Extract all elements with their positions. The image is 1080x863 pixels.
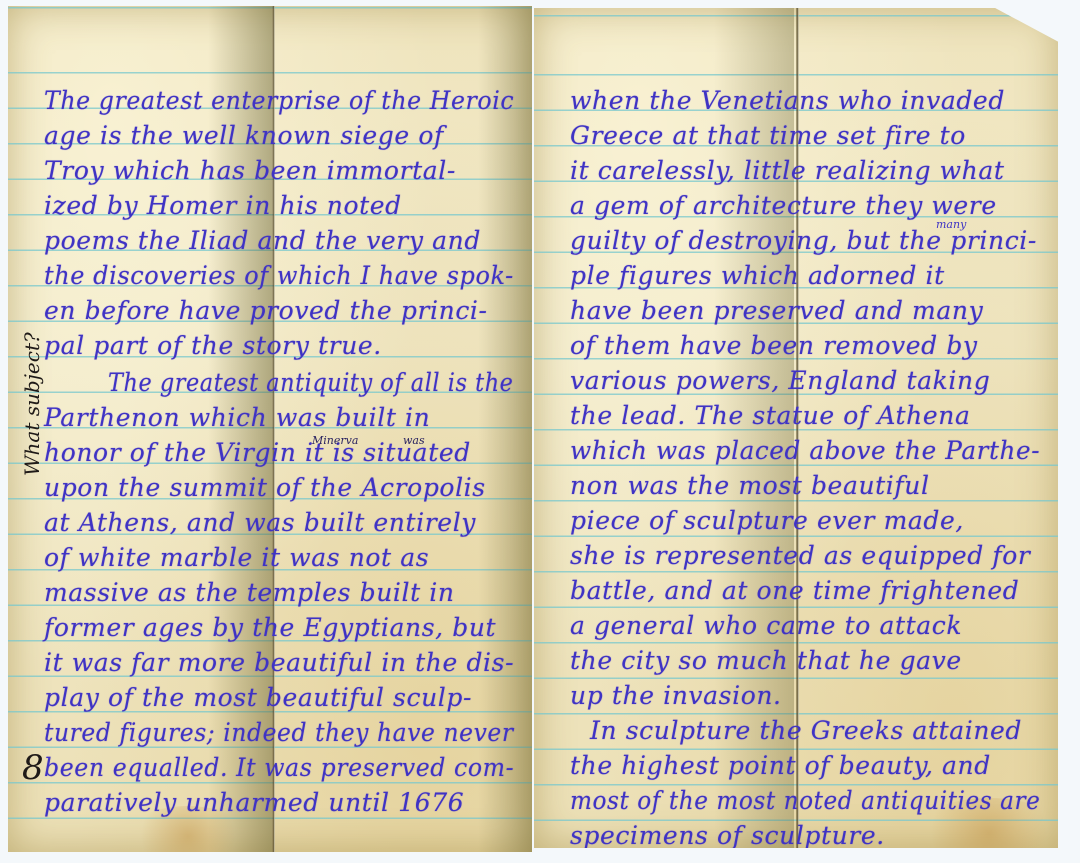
text-line: of white marble it was not as	[44, 543, 429, 572]
insertion-was: was	[403, 434, 425, 447]
text-line: The greatest enterprise of the Heroic	[44, 86, 514, 115]
text-line: guilty of destroying, but the princi-	[570, 226, 1037, 255]
text-line: a general who came to attack	[570, 611, 962, 640]
text-line: tured figures; indeed they have never	[44, 718, 514, 747]
text-line: a gem of architecture they were	[570, 191, 997, 220]
text-line: which was placed above the Parthe-	[570, 436, 1040, 465]
text-line: ple figures which adorned it	[570, 261, 945, 290]
text-line: In sculpture the Greeks attained	[590, 716, 1022, 745]
left-sheet: The greatest enterprise of the Heroic ag…	[8, 6, 532, 852]
text-line: it was far more beautiful in the dis-	[44, 648, 514, 677]
text-line: non was the most beautiful	[570, 471, 930, 500]
text-line: the discoveries of which I have spok-	[44, 261, 514, 290]
text-line: when the Venetians who invaded	[570, 86, 1005, 115]
text-line: various powers, England taking	[570, 366, 990, 395]
text-line: Parthenon which was built in	[44, 403, 430, 432]
text-line: at Athens, and was built entirely	[44, 508, 476, 537]
text-line: former ages by the Egyptians, but	[44, 613, 496, 642]
text-line: battle, and at one time frightened	[570, 576, 1019, 605]
text-line: specimens of sculpture.	[570, 821, 885, 848]
text-line: en before have proved the princi-	[44, 296, 488, 325]
left-page-text: The greatest enterprise of the Heroic ag…	[8, 6, 532, 852]
margin-note: What subject?	[20, 332, 44, 476]
text-line: ized by Homer in his noted	[44, 191, 402, 220]
text-line: Greece at that time set fire to	[570, 121, 966, 150]
insertion-minerva: Minerva	[312, 434, 358, 447]
text-line: age is the well known siege of	[44, 121, 444, 150]
text-line: pal part of the story true.	[44, 331, 382, 360]
page-number: 8	[22, 748, 44, 788]
text-line: have been preserved and many	[570, 296, 983, 325]
text-line: most of the most noted antiquities are	[570, 786, 1040, 815]
text-line: The greatest antiquity of all is the	[108, 368, 513, 397]
text-line: she is represented as equipped for	[570, 541, 1030, 570]
text-line: it carelessly, little realizing what	[570, 156, 1005, 185]
text-line: poems the Iliad and the very and	[44, 226, 481, 255]
text-line: paratively unharmed until 1676	[44, 788, 464, 817]
right-page-text: when the Venetians who invaded Greece at…	[534, 8, 1058, 848]
text-line: upon the summit of the Acropolis	[44, 473, 486, 502]
text-line: been equalled. It was preserved com-	[44, 753, 514, 782]
text-line: massive as the temples built in	[44, 578, 455, 607]
text-line: play of the most beautiful sculp-	[44, 683, 472, 712]
text-line: the highest point of beauty, and	[570, 751, 991, 780]
text-line: piece of sculpture ever made,	[570, 506, 964, 535]
insertion-many: many	[936, 218, 966, 231]
text-line: Troy which has been immortal-	[44, 156, 456, 185]
text-line: the city so much that he gave	[570, 646, 962, 675]
text-line: of them have been removed by	[570, 331, 978, 360]
text-line: the lead. The statue of Athena	[570, 401, 970, 430]
right-sheet: when the Venetians who invaded Greece at…	[534, 8, 1058, 848]
text-line: up the invasion.	[570, 681, 782, 710]
